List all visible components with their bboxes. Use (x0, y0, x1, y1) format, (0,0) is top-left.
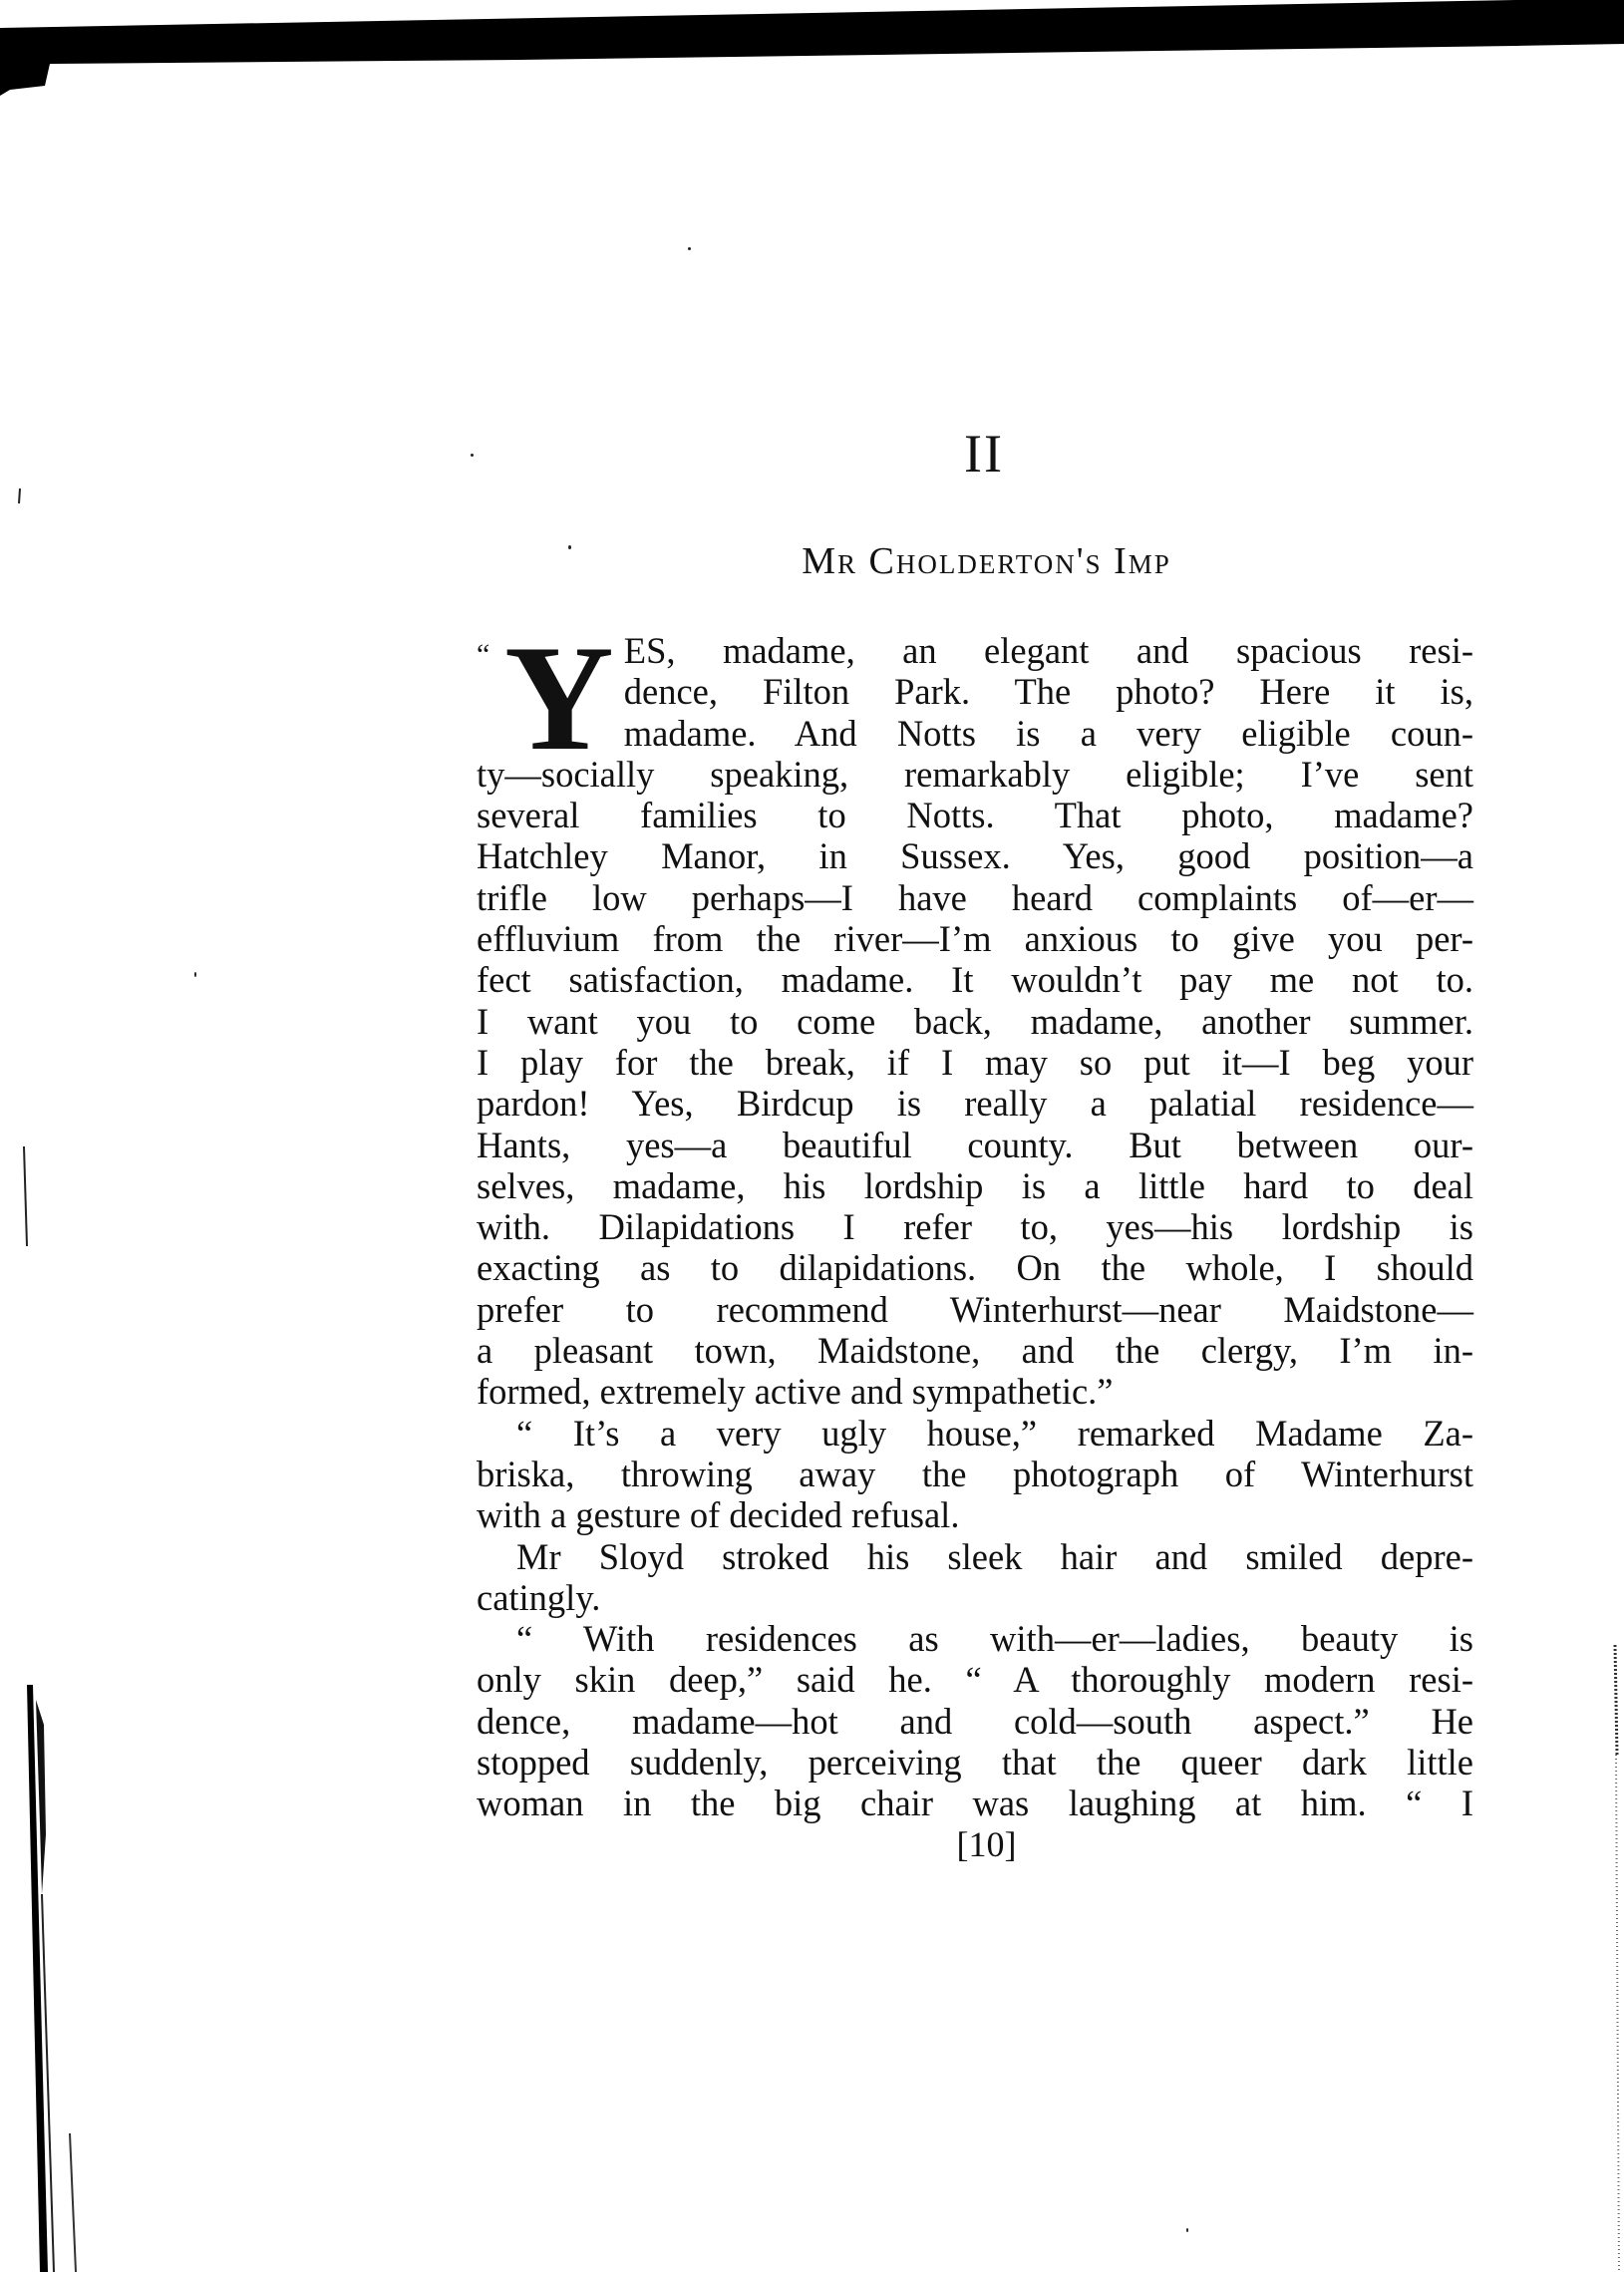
text-line: trifle low perhaps—I have heard complain… (477, 877, 1473, 918)
scan-left-edge-artifact (0, 0, 80, 2272)
text-line: dence, Filton Park. The photo? Here it i… (477, 671, 1473, 712)
opening-quote-mark: “ (477, 634, 489, 675)
text-line: I want you to come back, madame, another… (477, 1001, 1473, 1042)
text-line: stopped suddenly, perceiving that the qu… (477, 1742, 1473, 1783)
scan-right-edge-artifact (1595, 1645, 1624, 2272)
scan-speck (688, 247, 691, 250)
text-line: formed, extremely active and sympathetic… (477, 1371, 1473, 1412)
text-line: fect satisfaction, madame. It wouldn’t p… (477, 959, 1473, 1000)
text-line: Hatchley Manor, in Sussex. Yes, good pos… (477, 835, 1473, 876)
text-line: catingly. (477, 1577, 1473, 1618)
text-line: I play for the break, if I may so put it… (477, 1042, 1473, 1083)
paragraph-4: “ With residences as with—er—ladies, bea… (477, 1618, 1473, 1823)
text-line: several families to Notts. That photo, m… (477, 795, 1473, 835)
scan-speck (568, 545, 571, 549)
text-line: with a gesture of decided refusal. (477, 1494, 1473, 1535)
scan-speck (471, 454, 474, 457)
scan-speck (1186, 2228, 1188, 2232)
text-line: dence, madame—hot and cold—south aspect.… (477, 1701, 1473, 1742)
text-line: ty—socially speaking, remarkably eligibl… (477, 754, 1473, 795)
paragraph-2: “ It’s a very ugly house,” remarked Mada… (477, 1413, 1473, 1536)
scan-top-edge-artifact (0, 0, 1624, 100)
paragraph-1: “ Y ES, madame, an elegant and spacious … (477, 630, 1473, 1413)
page-number: [10] (0, 1826, 1624, 1862)
text-line: “ With residences as with—er—ladies, bea… (477, 1618, 1473, 1659)
text-line: effluvium from the river—I’m anxious to … (477, 918, 1473, 959)
text-line: woman in the big chair was laughing at h… (477, 1783, 1473, 1823)
text-line: prefer to recommend Winterhurst—near Mai… (477, 1289, 1473, 1330)
chapter-title: Mr Cholderton's Imp (0, 542, 1624, 580)
body-text: “ Y ES, madame, an elegant and spacious … (477, 630, 1473, 1824)
text-line: with. Dilapidations I refer to, yes—his … (477, 1206, 1473, 1247)
text-line: Mr Sloyd stroked his sleek hair and smil… (477, 1536, 1473, 1577)
drop-cap: Y (504, 638, 614, 758)
text-line: “ It’s a very ugly house,” remarked Mada… (477, 1413, 1473, 1454)
text-line: madame. And Notts is a very eligible cou… (477, 713, 1473, 754)
scan-speck (194, 972, 196, 977)
text-line: pardon! Yes, Birdcup is really a palatia… (477, 1083, 1473, 1124)
text-line: only skin deep,” said he. “ A thoroughly… (477, 1659, 1473, 1700)
chapter-number: II (0, 427, 1624, 481)
text-line: selves, madame, his lordship is a little… (477, 1165, 1473, 1206)
text-line: briska, throwing away the photograph of … (477, 1454, 1473, 1494)
text-line: Hants, yes—a beautiful county. But betwe… (477, 1125, 1473, 1165)
text-line: a pleasant town, Maidstone, and the cler… (477, 1330, 1473, 1371)
paragraph-3: Mr Sloyd stroked his sleek hair and smil… (477, 1536, 1473, 1619)
text-line: ES, madame, an elegant and spacious resi… (477, 630, 1473, 671)
text-line: exacting as to dilapidations. On the who… (477, 1247, 1473, 1288)
